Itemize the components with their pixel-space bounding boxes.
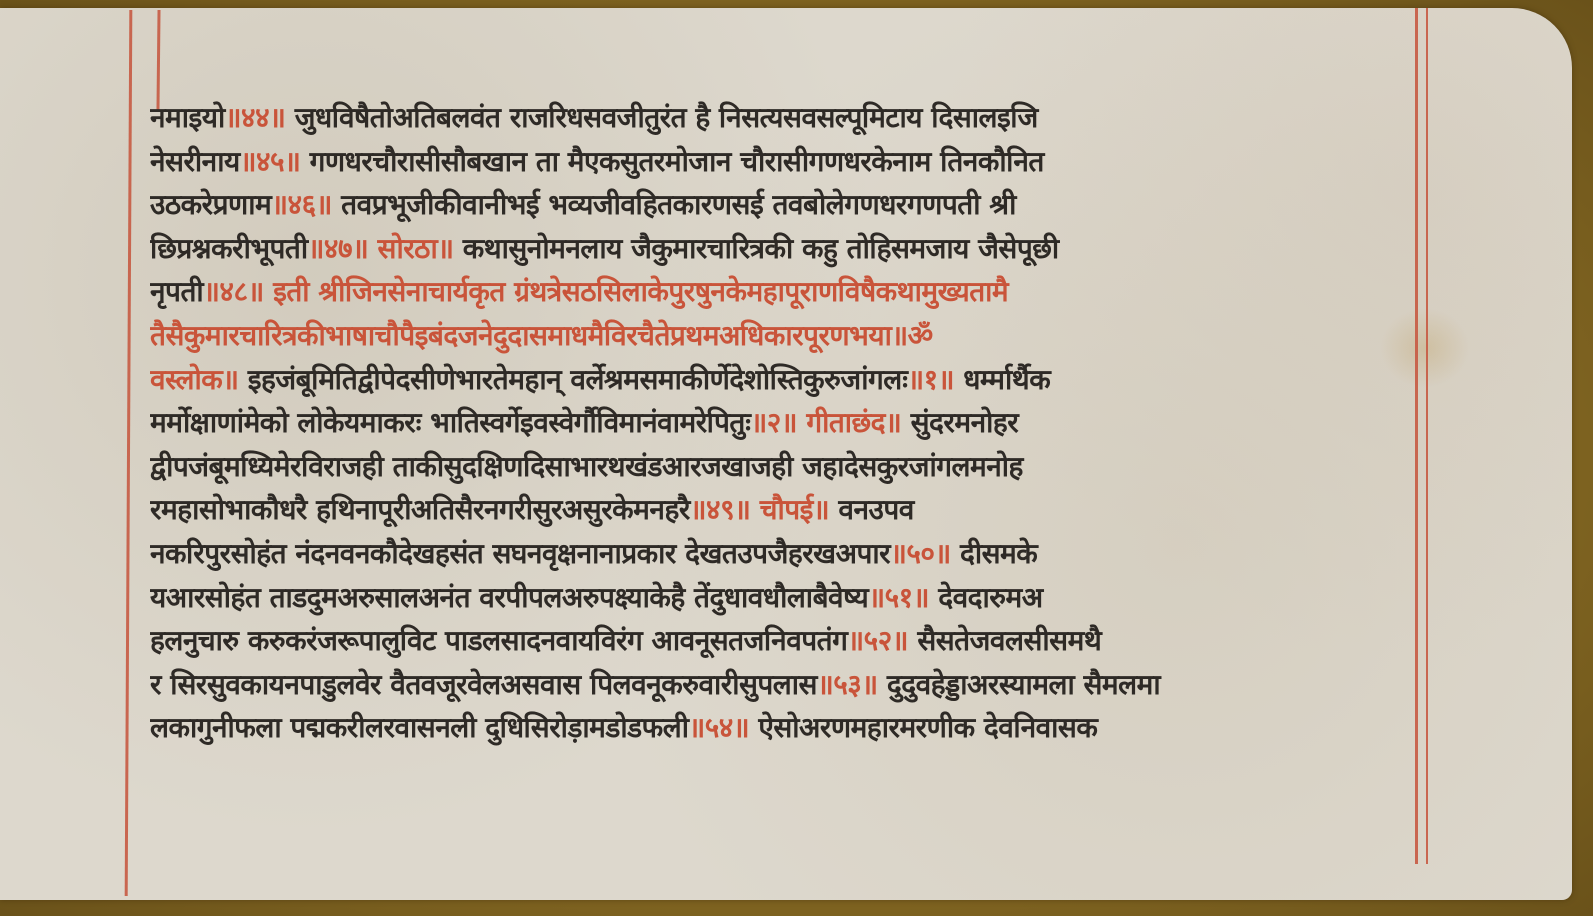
manuscript-line: हलनुचारु करुकरंजरूपालुविट पाडलसादनवायविर… xyxy=(150,619,1440,663)
text-segment: देवदारुमअ xyxy=(929,581,1043,614)
text-segment: यआरसोहंत ताडदुमअरुसालअनंत वरपीपलअरुपक्ष्… xyxy=(150,581,868,614)
manuscript-line: द्वीपजंबूमध्यिमेरविराजही ताकीसुदक्षिणदिस… xyxy=(150,445,1440,489)
rubric-segment: ॥४७॥ सोरठा॥ xyxy=(308,232,454,265)
text-segment: सुंदरमनोहर xyxy=(901,406,1018,439)
text-segment: जुधविषैतोअतिबलवंत राजरिधसवजीतुरंत है निस… xyxy=(285,101,1037,134)
text-segment: नमाइयो xyxy=(150,101,225,134)
rubric-segment: ॥४९॥ चौपई॥ xyxy=(690,493,829,526)
manuscript-line: यआरसोहंत ताडदुमअरुसालअनंत वरपीपलअरुपक्ष्… xyxy=(150,576,1440,620)
manuscript-line: मर्मोक्षाणांमेको लोकेयमाकरः भातिस्वर्गेइ… xyxy=(150,401,1440,445)
text-segment: कथासुनोमनलाय जैकुमारचारित्रकी कहु तोहिसम… xyxy=(453,232,1058,265)
rubric-segment: ॥५४॥ xyxy=(688,711,749,744)
text-segment: तवप्रभूजीकीवानीभई भव्यजीवहितकारणसई तवबोल… xyxy=(332,188,1016,221)
rubric-segment: ॥५२॥ xyxy=(847,624,908,657)
text-segment: लकागुनीफला पद्मकरीलरवासनली दुधिसिरोड़ामड… xyxy=(150,711,688,744)
text-segment: दीसमके xyxy=(951,537,1038,570)
rubric-segment: ॥४५॥ xyxy=(240,145,301,178)
manuscript-line: नकरिपुरसोहंत नंदनवनकौदेखहसंत सघनवृक्षनान… xyxy=(150,532,1440,576)
manuscript-line: नेसरीनाय॥४५॥ गणधरचौरासीसौबखान ता मैएकसुत… xyxy=(150,140,1440,184)
text-segment: र सिरसुवकायनपाडुलवेर वैतवजूरवेलअसवास पिल… xyxy=(150,668,817,701)
manuscript-line: तैसैकुमारचारित्रकीभाषाचौपैइबंदजनेदुदासमा… xyxy=(150,314,1440,358)
manuscript-line: र सिरसुवकायनपाडुलवेर वैतवजूरवेलअसवास पिल… xyxy=(150,663,1440,707)
text-segment: हलनुचारु करुकरंजरूपालुविट पाडलसादनवायविर… xyxy=(150,624,847,657)
rubric-segment: वस्लोक॥ xyxy=(150,363,238,396)
text-segment: इहजंबूमितिद्वीपेदसीणेभारतेमहान् वर्लेश्र… xyxy=(238,363,907,396)
text-segment: वनउपव xyxy=(829,493,914,526)
rubric-segment: ॥२॥ गीताछंद॥ xyxy=(750,406,901,439)
manuscript-line: रमहासोभाकौधरै हथिनापूरीअतिसैरनगरीसुरअसुर… xyxy=(150,488,1440,532)
manuscript-line: उठकरेप्रणाम॥४६॥ तवप्रभूजीकीवानीभई भव्यजी… xyxy=(150,183,1440,227)
rubric-segment: ॥५३॥ xyxy=(817,668,878,701)
text-segment: नृपती xyxy=(150,275,203,308)
text-segment: गणधरचौरासीसौबखान ता मैएकसुतरमोजान चौरासी… xyxy=(300,145,1043,178)
manuscript-line: लकागुनीफला पद्मकरीलरवासनली दुधिसिरोड़ामड… xyxy=(150,706,1440,750)
rubric-segment: ॥५१॥ xyxy=(868,581,929,614)
text-segment: दुदुवहेड्डाअरस्यामला सैमलमा xyxy=(878,668,1160,701)
manuscript-text: नमाइयो॥४४॥ जुधविषैतोअतिबलवंत राजरिधसवजीत… xyxy=(150,96,1440,750)
text-segment: छिप्रश्नकरीभूपती xyxy=(150,232,308,265)
text-segment: उठकरेप्रणाम xyxy=(150,188,271,221)
rubric-segment: ॥४८॥ इती श्रीजिनसेनाचार्यकृत ग्रंथत्रेसठ… xyxy=(203,275,1008,308)
manuscript-line: नमाइयो॥४४॥ जुधविषैतोअतिबलवंत राजरिधसवजीत… xyxy=(150,96,1440,140)
text-segment: धर्म्मार्थैक xyxy=(954,363,1050,396)
text-segment: नकरिपुरसोहंत नंदनवनकौदेखहसंत सघनवृक्षनान… xyxy=(150,537,890,570)
text-segment: सैसतेजवलसीसमथै xyxy=(908,624,1101,657)
text-segment: नेसरीनाय xyxy=(150,145,240,178)
text-segment: रमहासोभाकौधरै हथिनापूरीअतिसैरनगरीसुरअसुर… xyxy=(150,493,690,526)
rubric-segment: ॥१॥ xyxy=(907,363,954,396)
rubric-segment: ॥४४॥ xyxy=(225,101,286,134)
rubric-segment: ॥४६॥ xyxy=(271,188,332,221)
text-segment: ऐसोअरणमहारमरणीक देवनिवासक xyxy=(749,711,1097,744)
text-segment: द्वीपजंबूमध्यिमेरविराजही ताकीसुदक्षिणदिस… xyxy=(150,450,1023,483)
manuscript-line: नृपती॥४८॥ इती श्रीजिनसेनाचार्यकृत ग्रंथत… xyxy=(150,270,1440,314)
manuscript-line: छिप्रश्नकरीभूपती॥४७॥ सोरठा॥ कथासुनोमनलाय… xyxy=(150,227,1440,271)
text-segment: मर्मोक्षाणांमेको लोकेयमाकरः भातिस्वर्गेइ… xyxy=(150,406,750,439)
rubric-segment: ॥५०॥ xyxy=(890,537,951,570)
rubric-segment: तैसैकुमारचारित्रकीभाषाचौपैइबंदजनेदुदासमा… xyxy=(150,319,933,352)
manuscript-line: वस्लोक॥ इहजंबूमितिद्वीपेदसीणेभारतेमहान् … xyxy=(150,358,1440,402)
